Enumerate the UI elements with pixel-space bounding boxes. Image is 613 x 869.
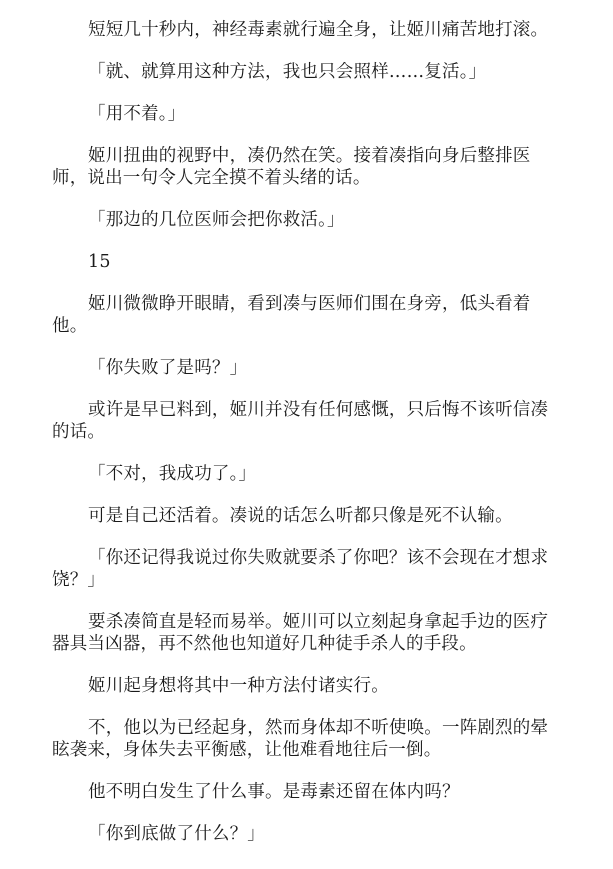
paragraph-dialogue: 「你到底做了什么？」: [52, 823, 552, 845]
section-number: 15: [52, 251, 552, 273]
paragraph-narration: 姬川微微睁开眼睛，看到凑与医师们围在身旁，低头看着他。: [52, 293, 552, 337]
paragraph-narration: 或许是早已料到，姬川并没有任何感慨，只后悔不该听信凑的话。: [52, 399, 552, 443]
paragraph-narration: 可是自己还活着。凑说的话怎么听都只像是死不认输。: [52, 505, 552, 527]
paragraph-dialogue: 「那边的几位医师会把你救活。」: [52, 209, 552, 231]
paragraph-dialogue: 「你还记得我说过你失败就要杀了你吧？该不会现在才想求饶？」: [52, 547, 552, 591]
paragraph-narration: 短短几十秒内，神经毒素就行遍全身，让姬川痛苦地打滚。: [52, 19, 552, 41]
paragraph-narration: 姬川扭曲的视野中，凑仍然在笑。接着凑指向身后整排医师，说出一句令人完全摸不着头绪…: [52, 145, 552, 189]
paragraph-dialogue: 「你失败了是吗？」: [52, 357, 552, 379]
paragraph-narration: 要杀凑简直是轻而易举。姬川可以立刻起身拿起手边的医疗器具当凶器，再不然他也知道好…: [52, 611, 552, 655]
paragraph-dialogue: 「就、就算用这种方法，我也只会照样……复活。」: [52, 61, 552, 83]
paragraph-dialogue: 「用不着。」: [52, 103, 552, 125]
paragraph-narration: 姬川起身想将其中一种方法付诸实行。: [52, 675, 552, 697]
paragraph-narration: 不，他以为已经起身，然而身体却不听使唤。一阵剧烈的晕眩袭来，身体失去平衡感，让他…: [52, 717, 552, 761]
paragraph-narration: 他不明白发生了什么事。是毒素还留在体内吗？: [52, 781, 552, 803]
paragraph-dialogue: 「不对，我成功了。」: [52, 463, 552, 485]
document-page: 短短几十秒内，神经毒素就行遍全身，让姬川痛苦地打滚。 「就、就算用这种方法，我也…: [52, 19, 552, 865]
